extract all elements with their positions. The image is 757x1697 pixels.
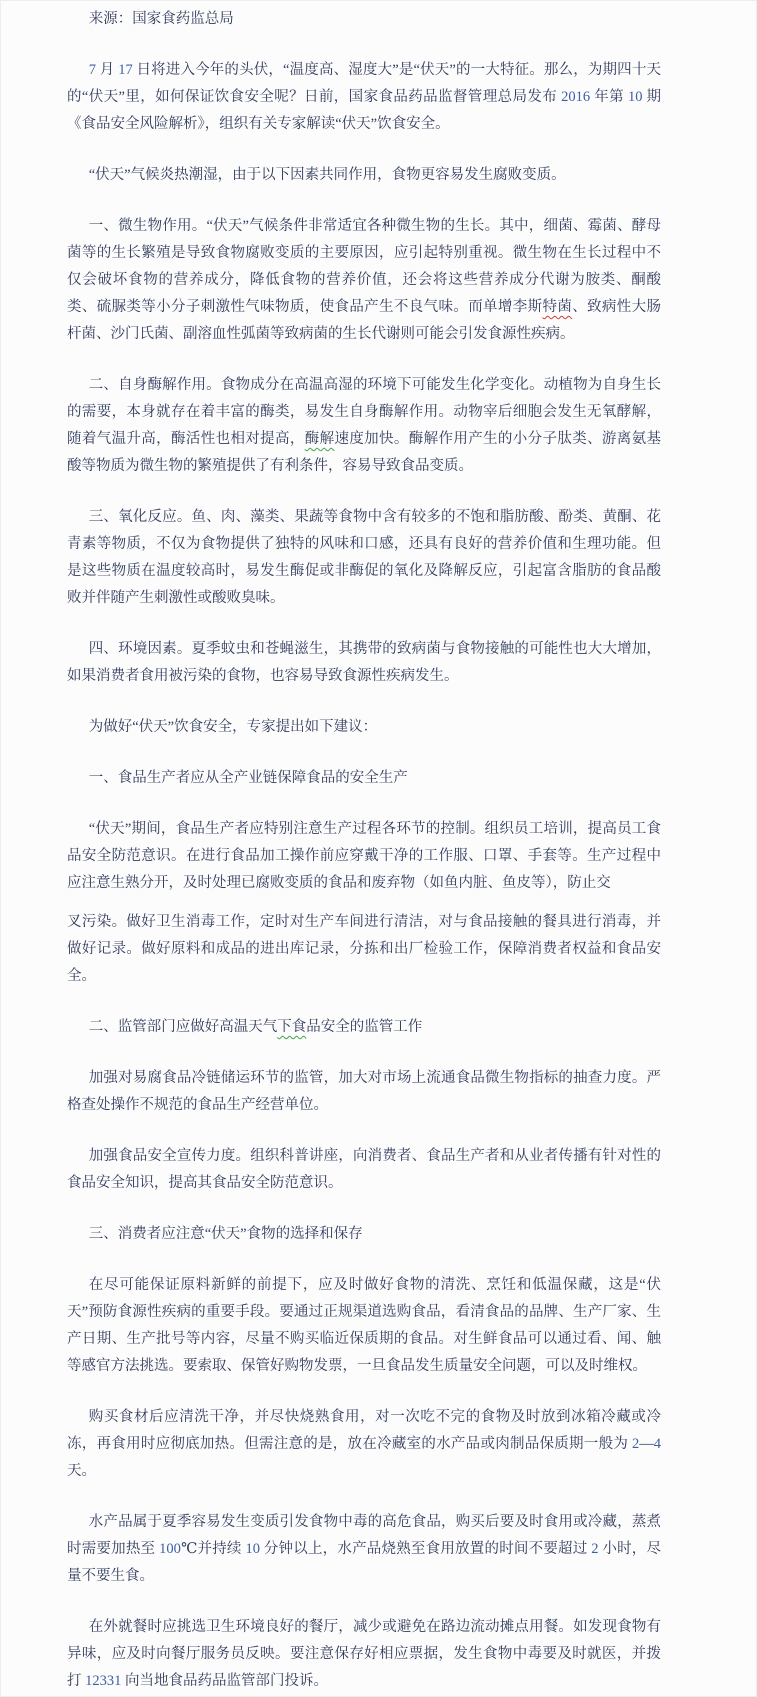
- section-heading-1: 一、食品生产者应从全产业链保障食品的安全生产: [67, 765, 661, 792]
- paragraph-factor-4-environment: 四、环境因素。夏季蚊虫和苍蝇滋生，其携带的致病菌与食物接触的可能性也大大增加，如…: [67, 636, 661, 690]
- paragraph-consumers-d: 在外就餐时应挑选卫生环境良好的餐厅，减少或避免在路边流动摊点用餐。如发现食物有异…: [67, 1614, 661, 1695]
- text-run: 一、食品生产者应从全产业链保障食品的安全生产: [89, 770, 408, 786]
- paragraph-climate: “伏天”气候炎热潮湿，由于以下因素共同作用，食物更容易发生腐败变质。: [67, 162, 661, 189]
- paragraph-factor-3-oxidation: 三、氧化反应。鱼、肉、藻类、果蔬等食物中含有较多的不饱和脂肪酸、酚类、黄酮、花青…: [67, 504, 661, 612]
- text-run: 天。: [67, 1463, 96, 1479]
- source-line: 来源：国家食药监总局: [67, 6, 661, 33]
- paragraph-producers-b: 叉污染。做好卫生消毒工作，定时对生产车间进行清洁，对与食品接触的餐具进行消毒，并…: [67, 909, 661, 990]
- paragraph-consumers-b: 购买食材后应清洗干净，并尽快烧熟食用，对一次吃不完的食物及时放到冰箱冷藏或冷冻，…: [67, 1404, 661, 1485]
- text-run: 年第: [590, 89, 628, 105]
- paragraph-advice-lead: 为做好“伏天”饮食安全，专家提出如下建议：: [67, 714, 661, 741]
- number-text: 12331: [85, 1673, 121, 1689]
- paragraph-regulators-a: 加强对易腐食品冷链储运环节的监管，加大对市场上流通食品微生物指标的抽查力度。严格…: [67, 1065, 661, 1119]
- text-run: 分钟以上，水产品烧熟至食用放置的时间不要超过: [260, 1541, 591, 1557]
- paragraph-producers-a: “伏天”期间，食品生产者应特别注意生产过程各环节的控制。组织员工培训，提高员工食…: [67, 816, 661, 897]
- number-text: 10: [628, 89, 643, 105]
- text-run: —: [639, 1436, 654, 1452]
- paragraph-consumers-c: 水产品属于夏季容易发生变质引发食物中毒的高危食品，购买后要及时食用或冷藏，蒸煮时…: [67, 1509, 661, 1590]
- text-run: 在尽可能保证原料新鲜的前提下，应及时做好食物的清洗、烹饪和低温保藏，这是“伏天”…: [67, 1277, 661, 1374]
- text-run: 品安全的监管工作: [306, 1019, 422, 1035]
- text-run: 四、环境因素。夏季蚊虫和苍蝇滋生，其携带的致病菌与食物接触的可能性也大大增加，如…: [67, 641, 661, 684]
- text-run: 叉污染。做好卫生消毒工作，定时对生产车间进行清洁，对与食品接触的餐具进行消毒，并…: [67, 914, 661, 984]
- paragraph-factor-1-microbes: 一、微生物作用。“伏天”气候条件非常适宜各种微生物的生长。其中，细菌、霉菌、酵母…: [67, 213, 661, 348]
- paragraph-factor-2-enzymes: 二、自身酶解作用。食物成分在高温高湿的环境下可能发生化学变化。动植物为自身生长的…: [67, 372, 661, 480]
- text-run: 三、氧化反应。鱼、肉、藻类、果蔬等食物中含有较多的不饱和脂肪酸、酚类、黄酮、花青…: [67, 509, 661, 606]
- number-text: 10: [245, 1541, 260, 1557]
- text-run: 加强对易腐食品冷链储运环节的监管，加大对市场上流通食品微生物指标的抽查力度。严格…: [67, 1070, 661, 1113]
- article-body: 来源：国家食药监总局 7 月 17 日将进入今年的头伏，“温度高、湿度大”是“伏…: [67, 6, 661, 1695]
- red-squiggle-text: 特菌: [542, 299, 572, 315]
- number-text: 7: [89, 62, 96, 78]
- section-heading-2: 二、监管部门应做好高温天气下食品安全的监管工作: [67, 1014, 661, 1041]
- intro-paragraph: 7 月 17 日将进入今年的头伏，“温度高、湿度大”是“伏天”的一大特征。那么，…: [67, 57, 661, 138]
- text-run: “伏天”期间，食品生产者应特别注意生产过程各环节的控制。组织员工培训，提高员工食…: [67, 821, 661, 891]
- text-run: ℃并持续: [181, 1541, 246, 1557]
- text-run: “伏天”气候炎热潮湿，由于以下因素共同作用，食物更容易发生腐败变质。: [89, 167, 566, 183]
- paragraph-regulators-b: 加强食品安全宣传力度。组织科普讲座，向消费者、食品生产者和从业者传播有针对性的食…: [67, 1143, 661, 1197]
- text-run: 月: [96, 62, 118, 78]
- text-run: 向当地食品药品监管部门投诉。: [121, 1673, 328, 1689]
- paragraph-consumers-a: 在尽可能保证原料新鲜的前提下，应及时做好食物的清洗、烹饪和低温保藏，这是“伏天”…: [67, 1272, 661, 1380]
- number-text: 2016: [561, 89, 590, 105]
- text-run: 购买食材后应清洗干净，并尽快烧熟食用，对一次吃不完的食物及时放到冰箱冷藏或冷冻，…: [67, 1409, 661, 1452]
- section-heading-3: 三、消费者应注意“伏天”食物的选择和保存: [67, 1221, 661, 1248]
- text-run: 二、监管部门应做好高温天气: [89, 1019, 278, 1035]
- number-text: 2: [591, 1541, 598, 1557]
- green-squiggle-text: 下食: [277, 1019, 306, 1035]
- number-text: 17: [118, 62, 133, 78]
- green-squiggle-text: 酶解: [305, 431, 335, 447]
- number-text: 100: [159, 1541, 181, 1557]
- text-run: 三、消费者应注意“伏天”食物的选择和保存: [89, 1226, 363, 1242]
- text-run: 为做好“伏天”饮食安全，专家提出如下建议：: [89, 719, 377, 735]
- number-text: 4: [654, 1436, 661, 1452]
- text-run: 加强食品安全宣传力度。组织科普讲座，向消费者、食品生产者和从业者传播有针对性的食…: [67, 1148, 661, 1191]
